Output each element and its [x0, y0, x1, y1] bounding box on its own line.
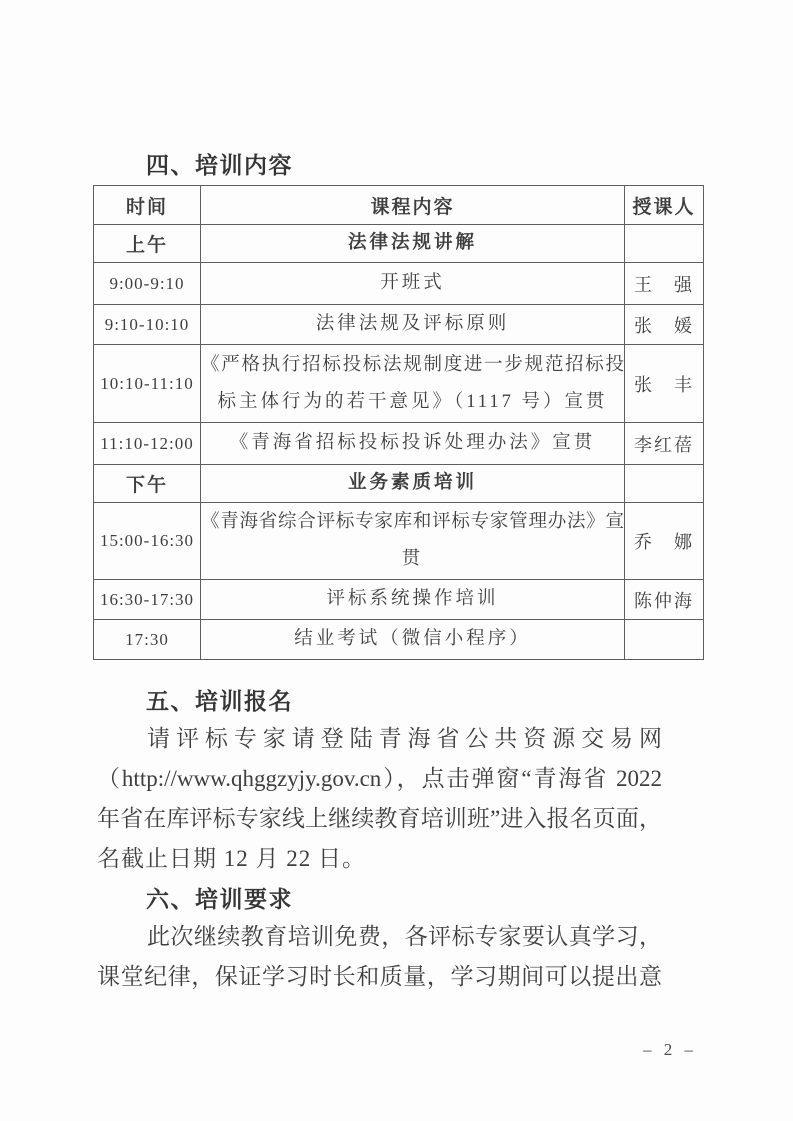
header-time-cell: 时间	[94, 186, 201, 225]
course-content-line: 《青海省招标投标投诉处理办法》宣贯	[201, 425, 624, 462]
course-content-line: 评标系统操作培训	[201, 581, 624, 618]
table-row: 9:00-9:10开班式王 强	[94, 263, 704, 305]
instructor-cell: 李红蓓	[625, 423, 704, 465]
course-content-line: 法律法规讲解	[201, 225, 624, 262]
course-content-line: 开班式	[201, 265, 624, 302]
table-row: 9:10-10:10法律法规及评标原则张 媛	[94, 305, 704, 345]
instructor-cell	[625, 465, 704, 503]
course-content-cell: 开班式	[201, 263, 625, 305]
instructor-cell: 王 强	[625, 263, 704, 305]
time-cell: 上午	[94, 225, 201, 263]
paragraph-line: 课堂纪律，保证学习时长和质量，学习期间可以提出意见和	[97, 957, 662, 997]
instructor-cell: 乔 娜	[625, 503, 704, 580]
section6-paragraph: 此次继续教育培训免费，各评标专家要认真学习，遵守课堂纪律，保证学习时长和质量，学…	[97, 917, 662, 997]
section5-paragraph: 请评标专家请登陆青海省公共资源交易网（http://www.qhggzyjy.g…	[97, 719, 662, 879]
course-content-cell: 法律法规及评标原则	[201, 305, 625, 345]
paragraph-line: 名截止日期 12 月 22 日。	[97, 839, 662, 879]
time-cell: 10:10-11:10	[94, 345, 201, 423]
instructor-cell: 张 丰	[625, 345, 704, 423]
header-content-cell: 课程内容	[201, 186, 625, 225]
time-cell: 下午	[94, 465, 201, 503]
instructor-cell	[625, 620, 704, 660]
document-page: 四、培训内容 时间 课程内容 授课人 上午法律法规讲解9:00-9:10开班式王…	[0, 0, 793, 1121]
course-content-line: 结业考试（微信小程序）	[201, 621, 624, 658]
table-row: 下午业务素质培训	[94, 465, 704, 503]
course-content-line: 《严格执行招标投标法规制度进一步规范招标投	[201, 347, 624, 384]
table-row: 16:30-17:30评标系统操作培训陈仲海	[94, 580, 704, 620]
table-row: 上午法律法规讲解	[94, 225, 704, 263]
time-cell: 16:30-17:30	[94, 580, 201, 620]
paragraph-line: 请评标专家请登陆青海省公共资源交易网	[97, 719, 662, 759]
header-instructor-cell: 授课人	[625, 186, 704, 225]
section4-heading: 四、培训内容	[146, 147, 293, 180]
instructor-cell	[625, 225, 704, 263]
course-content-cell: 评标系统操作培训	[201, 580, 625, 620]
course-content-line: 标主体行为的若干意见》（1117 号）宣贯	[201, 384, 624, 421]
course-content-cell: 《严格执行招标投标法规制度进一步规范招标投标主体行为的若干意见》（1117 号）…	[201, 345, 625, 423]
page-number: – 2 –	[643, 1040, 697, 1060]
time-cell: 15:00-16:30	[94, 503, 201, 580]
course-content-line: 《青海省综合评标专家库和评标专家管理办法》宣	[201, 504, 624, 541]
section6-heading: 六、培训要求	[146, 881, 293, 914]
paragraph-line: 年省在库评标专家线上继续教育培训班”进入报名页面，报	[97, 799, 662, 839]
instructor-cell: 张 媛	[625, 305, 704, 345]
table-row: 10:10-11:10《严格执行招标投标法规制度进一步规范招标投标主体行为的若干…	[94, 345, 704, 423]
section5-heading: 五、培训报名	[146, 683, 293, 716]
table-row: 15:00-16:30《青海省综合评标专家库和评标专家管理办法》宣贯乔 娜	[94, 503, 704, 580]
table-row: 11:10-12:00《青海省招标投标投诉处理办法》宣贯李红蓓	[94, 423, 704, 465]
course-content-cell: 《青海省综合评标专家库和评标专家管理办法》宣贯	[201, 503, 625, 580]
course-content-cell: 法律法规讲解	[201, 225, 625, 263]
course-content-cell: 结业考试（微信小程序）	[201, 620, 625, 660]
course-content-line: 贯	[201, 541, 624, 578]
time-cell: 9:10-10:10	[94, 305, 201, 345]
course-content-line: 法律法规及评标原则	[201, 306, 624, 343]
course-content-cell: 《青海省招标投标投诉处理办法》宣贯	[201, 423, 625, 465]
time-cell: 9:00-9:10	[94, 263, 201, 305]
time-cell: 17:30	[94, 620, 201, 660]
table-header-row: 时间 课程内容 授课人	[94, 186, 704, 225]
training-schedule-table: 时间 课程内容 授课人 上午法律法规讲解9:00-9:10开班式王 强9:10-…	[93, 185, 704, 660]
paragraph-line: （http://www.qhggzyjy.gov.cn），点击弹窗“青海省 20…	[97, 759, 662, 799]
time-cell: 11:10-12:00	[94, 423, 201, 465]
course-content-cell: 业务素质培训	[201, 465, 625, 503]
course-content-line: 业务素质培训	[201, 465, 624, 502]
paragraph-line: 此次继续教育培训免费，各评标专家要认真学习，遵守	[97, 917, 662, 957]
instructor-cell: 陈仲海	[625, 580, 704, 620]
table-row: 17:30结业考试（微信小程序）	[94, 620, 704, 660]
